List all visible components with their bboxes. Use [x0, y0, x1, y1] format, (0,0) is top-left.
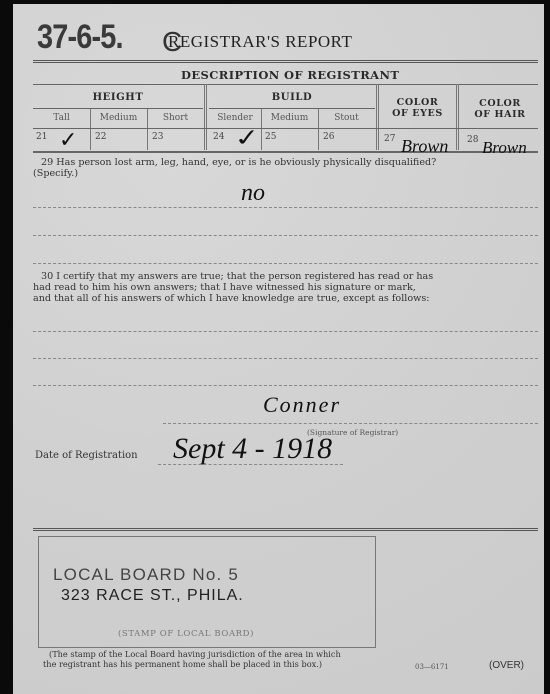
question-30-line3: and that all of his answers of which I h…: [33, 293, 548, 304]
stamp-board-name: LOCAL BOARD No. 5: [53, 565, 239, 585]
divider: [456, 84, 459, 150]
field-number: 21: [36, 132, 47, 142]
build-header: BUILD: [209, 92, 375, 103]
height-medium-label: Medium: [90, 113, 147, 123]
registration-card: 37-6-5. C REGISTRAR'S REPORT DESCRIPTION…: [13, 4, 544, 694]
answer-line: [33, 263, 538, 264]
stamp-section-divider: [33, 528, 538, 531]
height-tall-checkmark: ✓: [59, 128, 77, 153]
divider: [33, 128, 538, 129]
field-number: 27: [384, 134, 395, 144]
form-code: 03—6171: [415, 663, 449, 671]
note-line2: the registrant has his permanent home sh…: [43, 659, 341, 669]
registrar-signature: Conner: [263, 392, 341, 418]
registration-date-label: Date of Registration: [35, 450, 138, 461]
build-slender-label: Slender: [209, 113, 261, 123]
divider: [33, 151, 538, 153]
question-29-text: 29 Has person lost arm, leg, hand, eye, …: [33, 157, 543, 179]
question-30-line1: 30 I certify that my answers are true; t…: [33, 271, 548, 282]
divider: [209, 108, 375, 109]
build-stout-label: Stout: [318, 113, 375, 123]
field-number: 22: [95, 132, 106, 142]
stamp-instructions: (The stamp of the Local Board having jur…: [43, 649, 341, 669]
field-number: 25: [265, 132, 276, 142]
table-top-rule: [33, 84, 538, 85]
height-short-label: Short: [147, 113, 204, 123]
field-number: 28: [467, 135, 478, 145]
eye-color-value: Brown: [401, 136, 448, 157]
hair-color-value: Brown: [482, 138, 527, 158]
question-29-answer: no: [241, 180, 265, 207]
question-29-line: 29 Has person lost arm, leg, hand, eye, …: [33, 157, 543, 168]
section-subtitle: DESCRIPTION OF REGISTRANT: [181, 68, 399, 82]
page-title: REGISTRAR'S REPORT: [168, 32, 352, 52]
height-tall-label: Tall: [33, 113, 90, 123]
stamp-board-address: 323 RACE ST., PHILA.: [61, 587, 244, 605]
exception-line: [33, 358, 538, 359]
build-slender-checkmark: ✓: [233, 124, 262, 152]
field-number: 24: [213, 132, 224, 142]
title-divider: [33, 60, 538, 63]
note-line1: (The stamp of the Local Board having jur…: [43, 649, 341, 659]
stamp-label: (STAMP OF LOCAL BOARD): [118, 629, 254, 639]
signature-line: [163, 423, 538, 424]
divider: [33, 108, 203, 109]
question-30-text: 30 I certify that my answers are true; t…: [33, 271, 548, 304]
divider: [204, 84, 207, 150]
question-29-specify: (Specify.): [33, 168, 543, 179]
exception-line: [33, 385, 538, 386]
exception-line: [33, 331, 538, 332]
date-line: [158, 464, 343, 465]
registration-date-value: Sept 4 - 1918: [173, 432, 332, 466]
eyes-header-line1: COLOR: [379, 97, 456, 108]
eyes-header-line2: OF EYES: [379, 108, 456, 119]
height-header: HEIGHT: [33, 92, 203, 103]
serial-number: 37-6-5.: [37, 18, 123, 57]
answer-line: [33, 235, 538, 236]
answer-line: [33, 207, 538, 208]
field-number: 26: [323, 132, 334, 142]
field-number: 23: [152, 132, 163, 142]
hair-header-line1: COLOR: [460, 98, 540, 109]
hair-header-line2: OF HAIR: [460, 109, 540, 120]
question-30-line2: had read to him his own answers; that I …: [33, 282, 548, 293]
over-label: (OVER): [489, 660, 524, 671]
build-medium-label: Medium: [261, 113, 318, 123]
